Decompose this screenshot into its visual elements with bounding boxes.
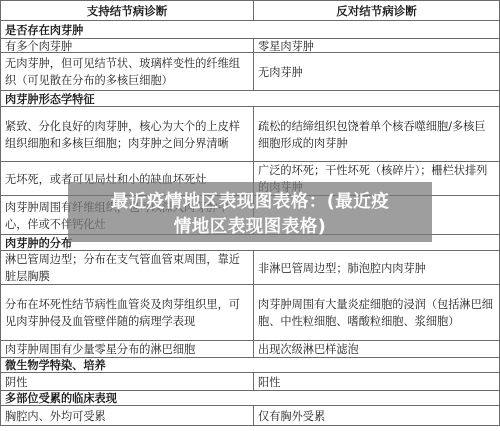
table-row: 有多个肉芽肿 零星肉芽肿 <box>1 39 499 53</box>
against-cell: 疏松的结缔组织包饶着单个核吞噬细胞/多核巨细胞形成的肉芽肿 <box>254 107 499 161</box>
column-header-support: 支持结节病诊断 <box>1 1 254 20</box>
against-cell: 出现次级淋巴样滤泡 <box>254 341 499 357</box>
support-cell: 有多个肉芽肿 <box>1 39 254 52</box>
support-cell: 无肉芽肿，但可见结节状、玻璃样变性的纤维组织（可见散在分布的多核巨细胞） <box>1 53 254 90</box>
support-cell: 紧致、分化良好的肉芽肿，核心为大个的上皮样组织细胞和多核巨细胞；肉芽肿之间分界清… <box>1 107 254 161</box>
section-title: 微生物学特染、培养 <box>1 358 499 372</box>
section-heading: 是否存在肉芽肿 <box>1 21 499 39</box>
column-header-against: 反对结节病诊断 <box>254 1 499 20</box>
section-title: 多部位受累的临床表现 <box>1 391 499 405</box>
table-header: 支持结节病诊断 反对结节病诊断 <box>1 1 499 21</box>
table-row: 阴性 阳性 <box>1 373 499 391</box>
table-row: 肉芽肿周围有少量零星分布的淋巴细胞 出现次级淋巴样滤泡 <box>1 341 499 358</box>
against-cell: 非淋巴管周边型；肺泡腔内肉芽肿 <box>254 251 499 284</box>
support-cell: 分布在坏死性结节病性血管炎及肉芽组织里，可见肉芽肿侵及血管壁伴随的病理学表现 <box>1 285 254 340</box>
against-cell: 肉芽肿周围有大量炎症细胞的浸润（包括淋巴细胞、中性粒细胞、嗜酸粒细胞、浆细胞） <box>254 285 499 340</box>
banner-line-2: 情地区表现图表格) <box>174 215 327 240</box>
table-row: 紧致、分化良好的肉芽肿，核心为大个的上皮样组织细胞和多核巨细胞；肉芽肿之间分界清… <box>1 107 499 162</box>
banner-line-1: 最近疫情地区表现图表格：(最近疫 <box>111 190 390 215</box>
section-title: 肉芽肿形态学特征 <box>1 91 499 106</box>
section-heading: 肉芽肿形态学特征 <box>1 91 499 107</box>
table-row: 分布在坏死性结节病性血管炎及肉芽组织里，可见肉芽肿侵及血管壁伴随的病理学表现 肉… <box>1 285 499 341</box>
section-title: 是否存在肉芽肿 <box>1 21 499 38</box>
support-cell: 淋巴管周边型；分布在支气管血管束周围，靠近脏层胸膜 <box>1 251 254 284</box>
against-cell: 仅有胸外受累 <box>254 406 499 425</box>
section-heading: 多部位受累的临床表现 <box>1 391 499 406</box>
against-cell: 零星肉芽肿 <box>254 39 499 52</box>
table-row: 无肉芽肿，但可见结节状、玻璃样变性的纤维组织（可见散在分布的多核巨细胞） 无肉芽… <box>1 53 499 91</box>
support-cell: 肉芽肿周围有少量零星分布的淋巴细胞 <box>1 341 254 357</box>
against-cell: 阳性 <box>254 373 499 390</box>
against-cell: 无肉芽肿 <box>254 53 499 90</box>
table-row: 胸腔内、外均可受累 仅有胸外受累 <box>1 406 499 426</box>
support-cell: 阴性 <box>1 373 254 390</box>
watermark-banner: 最近疫情地区表现图表格：(最近疫 情地区表现图表格) <box>68 182 432 242</box>
table-row: 淋巴管周边型；分布在支气管血管束周围，靠近脏层胸膜 非淋巴管周边型；肺泡腔内肉芽… <box>1 251 499 285</box>
section-heading: 微生物学特染、培养 <box>1 358 499 373</box>
support-cell: 胸腔内、外均可受累 <box>1 406 254 425</box>
